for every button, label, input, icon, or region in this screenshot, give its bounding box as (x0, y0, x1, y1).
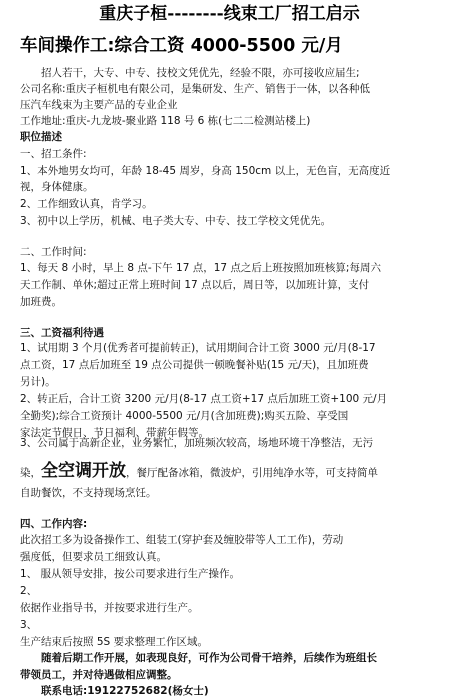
section3-item3-line2: 染，全空调开放，餐厅配备冰箱，微波炉，引用纯净水等，可支持简单 (20, 459, 378, 485)
section2-title: 二、工作时间: (20, 245, 87, 259)
job-description-label: 职位描述 (20, 130, 62, 144)
section1-item1-line2: 视，身体健康。 (20, 180, 94, 194)
section3-item1-line2: 点工资，17 点后加班至 19 点公司提供一顿晚餐补贴(15 元/天)，且加班费 (20, 358, 369, 372)
section3-item3-pre: 染， (20, 467, 41, 479)
work-address: 工作地址:重庆-九龙坡-聚业路 118 号 6 栋(七二二检测站楼上) (20, 114, 310, 128)
section3-item2-line1: 2、转正后，合计工资 3200 元/月(8-17 点工资+17 点后加班工资+1… (20, 392, 387, 406)
section4-item3-text: 生产结束后按照 5S 要求整理工作区域。 (20, 635, 208, 649)
section1-item2: 2、工作细致认真，肯学习。 (20, 197, 153, 211)
section1-title: 一、招工条件: (20, 147, 87, 161)
section1-item1-line1: 1、本外地男女均可，年龄 18-45 周岁，身高 150cm 以上，无色盲，无高… (20, 164, 390, 178)
section3-item1-line3: 另计)。 (20, 375, 56, 389)
section4-item1: 1、 服从领导安排，按公司要求进行生产操作。 (20, 567, 240, 581)
section4-intro-line1: 此次招工多为设备操作工、组装工(穿护套及缠胶带等人工工作)，劳动 (20, 533, 343, 547)
section2-item1-line1: 1、每天 8 小时，早上 8 点-下午 17 点，17 点之后上班按照加班核算;… (20, 261, 381, 275)
section3-item1-line1: 1、试用期 3 个月(优秀者可提前转正)，试用期间合计工资 3000 元/月(8… (20, 341, 376, 355)
ac-highlight: 全空调开放 (41, 461, 126, 481)
job-heading: 车间操作工:综合工资 4000-5500 元/月 (20, 35, 343, 57)
section3-item2-line2: 全勤奖);综合工资预计 4000-5500 元/月(含加班费);购买五险、享受国 (20, 409, 348, 423)
section1-item3: 3、初中以上学历，机械、电子类大专、中专、技工学校文凭优先。 (20, 214, 331, 228)
section2-item1-line2: 天工作制、单休;超过正常上班时间 17 点以后，周日等，以加班计算，支付 (20, 278, 369, 292)
section3-title: 三、工资福利待遇 (20, 326, 104, 340)
contact-phone: 联系电话:19122752682(杨女士) (41, 684, 209, 698)
section3-item3-post: ，餐厅配备冰箱，微波炉，引用纯净水等，可支持简单 (126, 467, 378, 479)
section2-item1-line3: 加班费。 (20, 295, 62, 309)
section4-item3-num: 3、 (20, 618, 37, 632)
section4-item2-num: 2、 (20, 584, 37, 598)
closing-line1: 随着后期工作开展，如表现良好，可作为公司骨干培养，后续作为班组长 (41, 651, 377, 665)
closing-line2: 带领员工，并对待遇做相应调整。 (20, 668, 178, 682)
section4-item2-text: 依据作业指导书，并按要求进行生产。 (20, 601, 199, 615)
section4-intro-line2: 强度低，但要求员工细致认真。 (20, 550, 167, 564)
section4-title: 四、工作内容: (20, 517, 87, 531)
intro-line-1: 招人若干，大专、中专、技校文凭优先，经验不限，亦可接收应届生; (41, 66, 360, 80)
intro-line-3: 压汽车线束为主要产品的专业企业 (20, 98, 178, 112)
document-title: 重庆子桓--------线束工厂招工启示 (0, 3, 459, 25)
intro-line-2: 公司名称:重庆子桓机电有限公司，是集研发、生产、销售于一体，以各种低 (20, 82, 370, 96)
section3-item3-line1: 3、公司属于高新企业，业务繁忙，加班频次较高，场地环境干净整洁，无污 (20, 436, 373, 450)
section3-item3-line3: 自助餐饮，不支持现场烹饪。 (20, 486, 157, 500)
